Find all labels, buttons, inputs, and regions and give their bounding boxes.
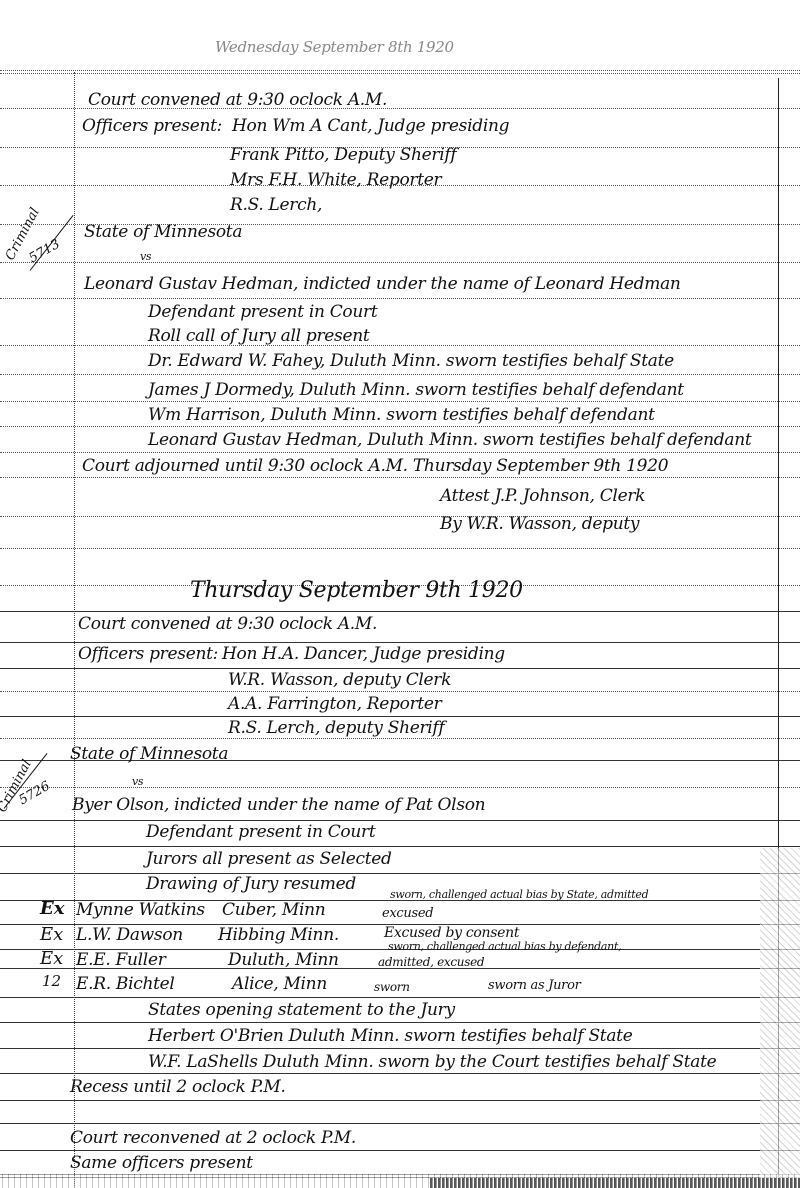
ruled-line [0,997,800,998]
case2-proceeding: Jurors all present as Selected [146,849,392,869]
juror-note-right: sworn as Juror [488,978,581,993]
ruled-line [0,401,800,402]
juror-note-above: sworn, challenged actual bias by State, … [390,888,648,901]
scan-noise [760,848,800,1188]
ruled-line [0,1123,800,1124]
juror-place: Cuber, Minn [222,900,325,920]
officer-reporter: Mrs F.H. White, Reporter [230,170,441,190]
ruled-line [0,73,800,74]
juror-note: sworn [374,980,410,994]
case2-vs: vs [132,775,143,788]
ruled-line [0,846,800,847]
ruled-line [0,1048,800,1049]
officer-deputy-clerk: W.R. Wasson, deputy Clerk [228,670,451,690]
ruled-line [0,516,800,517]
case1-witness: Leonard Gustav Hedman, Duluth Minn. swor… [148,430,751,450]
court-adjourned: Court adjourned until 9:30 oclock A.M. T… [82,456,668,476]
faint-date-header: Wednesday September 8th 1920 [215,38,454,56]
ruled-line [0,262,800,263]
ruled-line [0,691,800,692]
case2-proceeding: Defendant present in Court [146,822,375,842]
court-reconvened: Court reconvened at 2 oclock P.M. [70,1128,356,1148]
ruled-line [0,642,800,643]
case2-witness: Herbert O'Brien Duluth Minn. sworn testi… [148,1026,632,1046]
date-heading: Thursday September 9th 1920 [190,578,523,603]
ruled-line [0,426,800,427]
juror-name: L.W. Dawson [76,925,183,945]
juror-note: admitted, excused [378,955,484,969]
case2-witness: W.F. LaShells Duluth Minn. sworn by the … [148,1052,716,1072]
case2-defendant: Byer Olson, indicted under the name of P… [72,795,485,815]
ruled-line [0,820,800,821]
officer-judge-day2: Hon H.A. Dancer, Judge presiding [222,644,505,664]
ruled-line [0,548,800,549]
opening-statement: States opening statement to the Jury [148,1000,455,1020]
ruled-line [0,873,800,874]
juror-note-above: sworn, challenged actual bias by defenda… [388,940,621,953]
ruled-line [0,298,800,299]
ruled-line [0,70,800,71]
deputy-signature: By W.R. Wasson, deputy [440,514,639,534]
juror-name: E.R. Bichtel [76,974,175,994]
ruled-line [0,668,800,669]
ruled-line [0,738,800,739]
juror-place: Duluth, Minn [228,950,339,970]
ruled-line [0,787,800,788]
court-convened: Court convened at 9:30 oclock A.M. [88,90,387,110]
officer-deputy-sheriff: Frank Pitto, Deputy Sheriff [230,145,456,165]
juror-name: Mynne Watkins [76,900,205,920]
court-convened-day2: Court convened at 9:30 oclock A.M. [78,614,377,634]
ledger-page: Wednesday September 8th 1920 Court conve… [0,0,800,1188]
case1-proceeding: Defendant present in Court [148,302,377,322]
case1-witness: Dr. Edward W. Fahey, Duluth Minn. sworn … [148,351,674,371]
juror-place: Alice, Minn [232,974,327,994]
officer-reporter-day2: A.A. Farrington, Reporter [228,694,442,714]
juror-marker: Ex [40,898,64,919]
case1-plaintiff: State of Minnesota [84,222,242,242]
case1-witness: Wm Harrison, Duluth Minn. sworn testifie… [148,405,655,425]
officers-label: Officers present: [82,116,222,136]
juror-note: excused [382,906,433,921]
case1-vs: vs [140,250,151,263]
left-margin-line [74,72,75,1188]
ruled-line [0,1073,800,1074]
juror-marker: 12 [42,972,61,990]
ruled-line [0,716,800,717]
ruled-line [0,345,800,346]
ruled-line [0,611,800,612]
ruled-line [0,452,800,453]
juror-marker: Ex [40,948,63,969]
juror-name: E.E. Fuller [76,950,166,970]
case1-witness: James J Dormedy, Duluth Minn. sworn test… [148,380,684,400]
case2-plaintiff: State of Minnesota [70,744,228,764]
juror-place: Hibbing Minn. [218,925,339,945]
officer-judge: Hon Wm A Cant, Judge presiding [232,116,509,136]
ruled-line [0,1100,800,1101]
officers-label-day2: Officers present: [78,644,218,664]
recess: Recess until 2 oclock P.M. [70,1077,286,1097]
officer-deputy-sheriff-day2: R.S. Lerch, deputy Sheriff [228,718,444,738]
case1-proceeding: Roll call of Jury all present [148,326,369,346]
juror-note: Excused by consent [384,925,519,941]
officer-lerch: R.S. Lerch, [230,195,322,215]
scan-noise-bottom-dark [430,1178,800,1188]
ruled-line [0,477,800,478]
ruled-line [0,1150,800,1151]
case1-defendant: Leonard Gustav Hedman, indicted under th… [84,274,681,294]
ruled-line [0,1022,800,1023]
juror-marker: Ex [40,924,63,945]
case2-proceeding: Drawing of Jury resumed [146,874,356,894]
ruled-line [0,374,800,375]
attest-signature: Attest J.P. Johnson, Clerk [440,486,645,506]
same-officers: Same officers present [70,1153,253,1173]
